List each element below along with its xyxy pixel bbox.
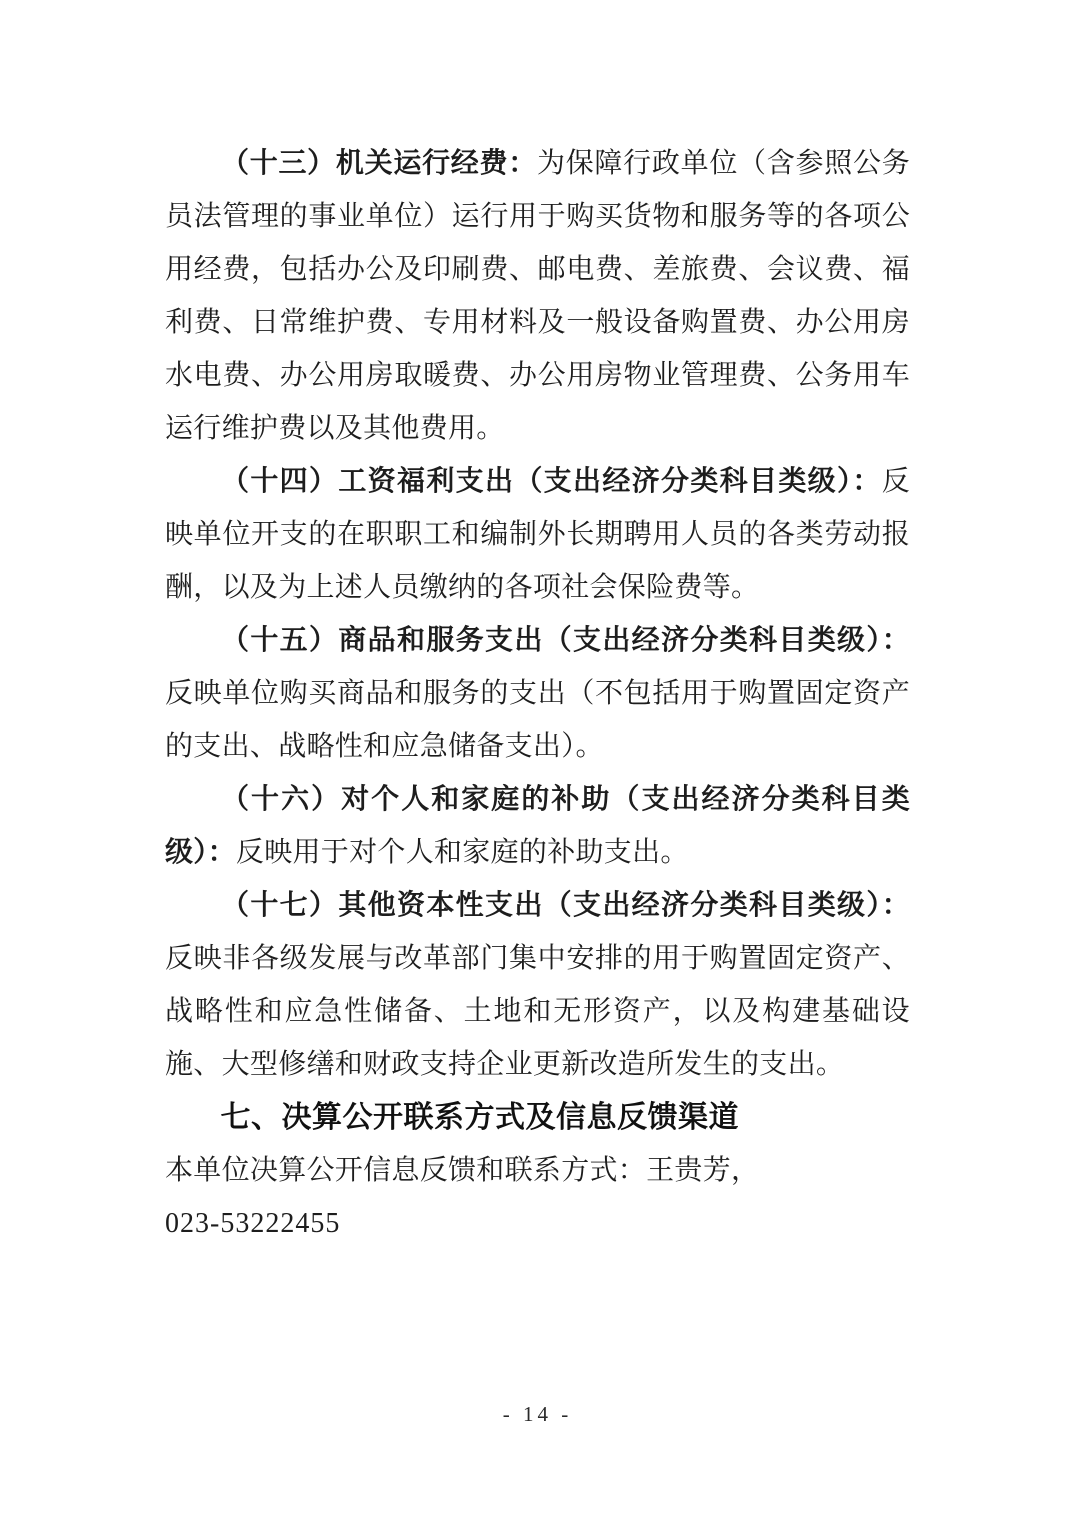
paragraph-16-body: 反映用于对个人和家庭的补助支出。 — [236, 837, 689, 868]
page-number: - 14 - — [0, 1402, 1075, 1427]
paragraph-13-body: 为保障行政单位（含参照公务员法管理的事业单位）运行用于购买货物和服务等的各项公用… — [165, 148, 910, 444]
contact-phone-number: 023-53222455 — [165, 1197, 910, 1250]
paragraph-15-lead: （十五）商品和服务支出（支出经济分类科目类级）： — [221, 625, 910, 656]
document-content: （十三）机关运行经费：为保障行政单位（含参照公务员法管理的事业单位）运行用于购买… — [165, 137, 910, 1250]
paragraph-14-wage-welfare-expense: （十四）工资福利支出（支出经济分类科目类级）：反映单位开支的在职职工和编制外长期… — [165, 455, 910, 614]
paragraph-17-other-capital-expense: （十七）其他资本性支出（支出经济分类科目类级）：反映非各级发展与改革部门集中安排… — [165, 879, 910, 1091]
document-page: （十三）机关运行经费：为保障行政单位（含参照公务员法管理的事业单位）运行用于购买… — [0, 0, 1075, 1520]
paragraph-16-individual-family-subsidy: （十六）对个人和家庭的补助（支出经济分类科目类级）：反映用于对个人和家庭的补助支… — [165, 773, 910, 879]
paragraph-13-agency-operating-funds: （十三）机关运行经费：为保障行政单位（含参照公务员法管理的事业单位）运行用于购买… — [165, 137, 910, 455]
paragraph-15-goods-services-expense: （十五）商品和服务支出（支出经济分类科目类级）：反映单位购买商品和服务的支出（不… — [165, 614, 910, 773]
section-heading-contact-feedback: 七、决算公开联系方式及信息反馈渠道 — [165, 1091, 910, 1144]
paragraph-13-lead: （十三）机关运行经费： — [221, 148, 537, 179]
paragraph-15-body: 反映单位购买商品和服务的支出（不包括用于购置固定资产的支出、战略性和应急储备支出… — [165, 678, 910, 762]
paragraph-17-lead: （十七）其他资本性支出（支出经济分类科目类级）： — [221, 890, 910, 921]
paragraph-14-lead: （十四）工资福利支出（支出经济分类科目类级）： — [221, 466, 882, 497]
paragraph-17-body: 反映非各级发展与改革部门集中安排的用于购置固定资产、战略性和应急性储备、土地和无… — [165, 943, 910, 1080]
contact-info-line: 本单位决算公开信息反馈和联系方式：王贵芳， — [165, 1144, 910, 1197]
